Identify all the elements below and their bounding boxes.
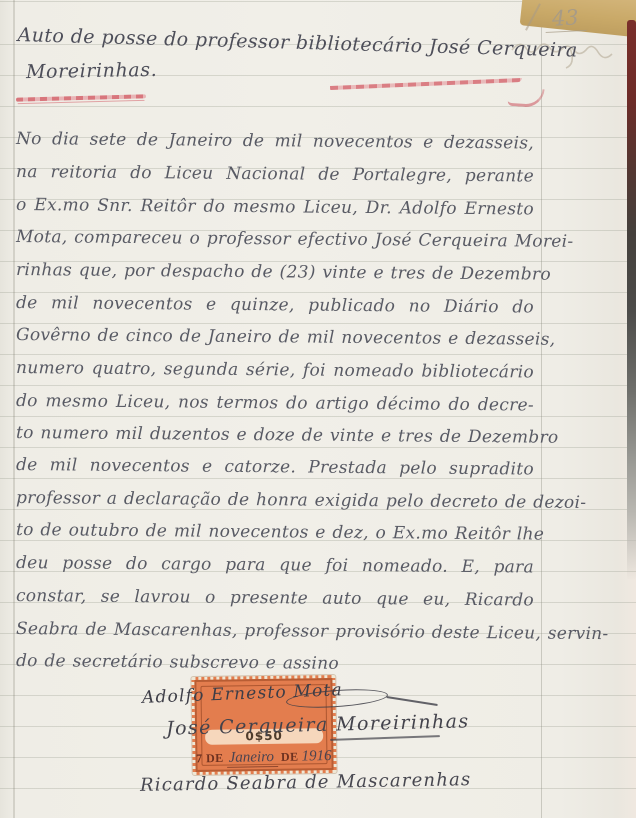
body-line: numero quatro, segunda série, foi nomead… [16,353,534,388]
stamp-date: 7 DE Janeiro DE 1916 [196,748,356,768]
body-line: Govêrno de cinco de Janeiro de mil novec… [16,320,534,355]
body-line: Mota, compareceu o professor efectivo Jo… [16,222,534,257]
body-line: na reitoria do Liceu Nacional de Portale… [16,157,534,192]
left-margin-line [13,0,15,818]
body-line: do mesmo Liceu, nos termos do artigo déc… [16,386,534,421]
scanned-document-page: 43 Auto de posse do professor bibliotecá… [0,0,636,818]
body-line: constar, se lavrou o presente auto que e… [16,581,534,616]
body-line: to de outubro de mil novecentos e dez, o… [16,515,534,550]
stamp-date-month: Janeiro [227,749,279,768]
book-binding-edge [627,20,636,580]
body-line: de mil novecentos e quinze, publicado no… [16,288,534,323]
body-line: do de secretário subscrevo e assino [16,646,339,679]
body-line: No dia sete de Janeiro de mil novecentos… [16,124,534,159]
body-line: Seabra de Mascarenhas, professor provisó… [16,614,534,649]
body-line: o Ex.mo Snr. Reitôr do mesmo Liceu, Dr. … [16,190,534,225]
body-line: deu posse do cargo para que foi nomeado.… [16,548,534,583]
body-line: professor a declaração de honra exigida … [16,483,534,518]
body-line: rinhas que, por despacho de (23) vinte e… [16,255,534,290]
stamp-date-day: 7 DE [196,751,224,765]
stamp-date-year: 1916 [301,748,331,765]
body-line: de mil novecentos e catorze. Prestada pe… [16,450,534,485]
right-margin-line [541,0,542,818]
stamp-date-connector: DE [281,750,299,764]
body-line: to numero mil duzentos e doze de vinte e… [16,418,534,453]
title-line-2: Moreirinhas. [26,59,158,83]
